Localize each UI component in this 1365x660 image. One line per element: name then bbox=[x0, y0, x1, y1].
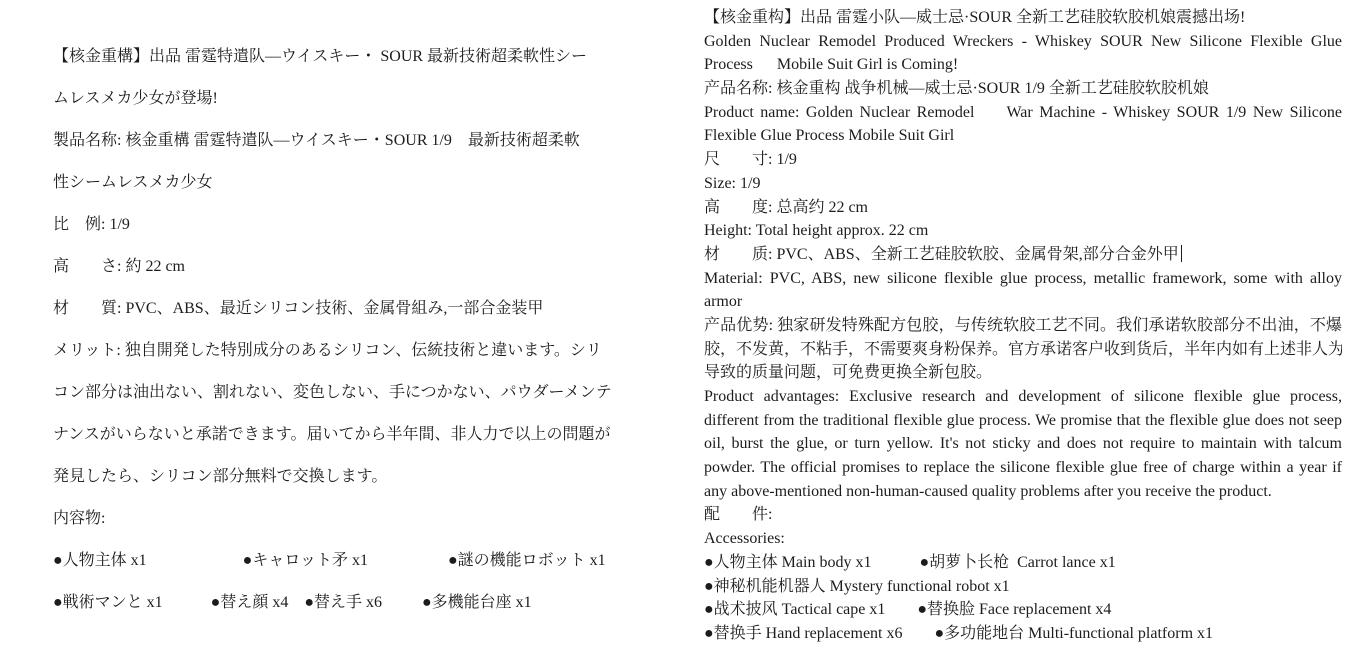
text-line-with-cursor[interactable]: 材 质: PVC、ABS、全新工艺硅胶软胶、金属骨架,部分合金外甲 bbox=[704, 243, 1342, 267]
text-line[interactable]: different from the traditional flexible … bbox=[704, 409, 1342, 433]
document-page-left: 【核金重構】出品 雷霆特遣队—ウイスキー・ SOUR 最新技術超柔軟性シー ムレ… bbox=[0, 0, 683, 660]
text-line[interactable]: 【核金重构】出品 雷霆小队—威士忌·SOUR 全新工艺硅胶软胶机娘震撼出场! bbox=[704, 6, 1342, 30]
text-line[interactable]: 产品优势: 独家研发特殊配方包胶，与传统软胶工艺不同。我们承诺软胶部分不出油，不… bbox=[704, 314, 1342, 338]
text-line[interactable]: 尺 寸: 1/9 bbox=[704, 148, 1342, 172]
bullet-list-line[interactable]: ●人物主体 x1 ●キャロット矛 x1 ●謎の機能ロボット x1 bbox=[53, 540, 629, 582]
bullet-list-line[interactable]: ●替换手 Hand replacement x6 ●多功能地台 Multi-fu… bbox=[704, 622, 1342, 646]
bullet-list-line[interactable]: ●战术披风 Tactical cape x1 ●替换脸 Face replace… bbox=[704, 598, 1342, 622]
chinese-english-text-column: 【核金重构】出品 雷霆小队—威士忌·SOUR 全新工艺硅胶软胶机娘震撼出场! G… bbox=[704, 6, 1342, 646]
text-line[interactable]: 材 質: PVC、ABS、最近シリコン技術、金属骨組み,一部合金装甲 bbox=[53, 288, 629, 330]
bullet-list-line[interactable]: ●人物主体 Main body x1 ●胡萝卜长枪 Carrot lance x… bbox=[704, 551, 1342, 575]
text-line[interactable]: 内容物: bbox=[53, 498, 629, 540]
text-line[interactable]: 製品名称: 核金重構 雷霆特遣队—ウイスキー・SOUR 1/9 最新技術超柔軟 bbox=[53, 120, 629, 162]
text-line[interactable]: Product name: Golden Nuclear Remodel War… bbox=[704, 101, 1342, 125]
text-line[interactable]: 导致的质量问题，可免费更换全新包胶。 bbox=[704, 361, 1342, 385]
text-line[interactable]: Golden Nuclear Remodel Produced Wreckers… bbox=[704, 30, 1342, 54]
text-line[interactable]: 発見したら、シリコン部分無料で交換します。 bbox=[53, 456, 629, 498]
text-line[interactable]: コン部分は油出ない、割れない、変色しない、手につかない、パウダーメンテ bbox=[53, 372, 629, 414]
text-cursor bbox=[1181, 245, 1183, 262]
text-line[interactable]: ナンスがいらないと承諾できます。届いてから半年間、非人力で以上の問題が bbox=[53, 414, 629, 456]
word-document-canvas: { "colors": { "text": "#1c1c1c", "mark":… bbox=[0, 0, 1365, 660]
bullet-list-line[interactable]: ●戦術マンと x1 ●替え顔 x4 ●替え手 x6 ●多機能台座 x1 bbox=[53, 582, 629, 624]
text-line[interactable]: oil, burst the glue, or turn yellow. It'… bbox=[704, 432, 1342, 456]
text-line[interactable]: 【核金重構】出品 雷霆特遣队—ウイスキー・ SOUR 最新技術超柔軟性シー bbox=[53, 36, 629, 78]
text-line[interactable]: 产品名称: 核金重构 战争机械—威士忌·SOUR 1/9 全新工艺硅胶软胶机娘 bbox=[704, 77, 1342, 101]
text-line: 材 质: PVC、ABS、全新工艺硅胶软胶、金属骨架,部分合金外甲 bbox=[704, 246, 1179, 263]
text-line[interactable]: Height: Total height approx. 22 cm bbox=[704, 219, 1342, 243]
text-line[interactable]: powder. The official promises to replace… bbox=[704, 456, 1342, 480]
text-line[interactable]: ムレスメカ少女が登場! bbox=[53, 78, 629, 120]
text-line[interactable]: Material: PVC, ABS, new silicone flexibl… bbox=[704, 267, 1342, 291]
text-line[interactable]: Accessories: bbox=[704, 527, 1342, 551]
text-line[interactable]: Flexible Glue Process Mobile Suit Girl bbox=[704, 124, 1342, 148]
text-line[interactable]: 比 例: 1/9 bbox=[53, 204, 629, 246]
text-line[interactable]: Product advantages: Exclusive research a… bbox=[704, 385, 1342, 409]
document-page-right: 【核金重构】出品 雷霆小队—威士忌·SOUR 全新工艺硅胶软胶机娘震撼出场! G… bbox=[683, 0, 1365, 660]
text-line[interactable]: any above-mentioned non-human-caused qua… bbox=[704, 480, 1342, 504]
text-line[interactable]: 配 件: bbox=[704, 503, 1342, 527]
text-line[interactable]: 高 度: 总高约 22 cm bbox=[704, 196, 1342, 220]
japanese-text-column: 【核金重構】出品 雷霆特遣队—ウイスキー・ SOUR 最新技術超柔軟性シー ムレ… bbox=[53, 36, 629, 624]
text-line[interactable]: armor bbox=[704, 290, 1342, 314]
text-line[interactable]: 性シームレスメカ少女 bbox=[53, 162, 629, 204]
text-line[interactable]: メリット: 独自開発した特別成分のあるシリコン、伝統技術と違います。シリ bbox=[53, 330, 629, 372]
bullet-list-line[interactable]: ●神秘机能机器人 Mystery functional robot x1 bbox=[704, 575, 1342, 599]
text-line[interactable]: 高 さ: 約 22 cm bbox=[53, 246, 629, 288]
text-line[interactable]: Process Mobile Suit Girl is Coming! bbox=[704, 53, 1342, 77]
text-line[interactable]: 胶，不发黄，不粘手，不需要爽身粉保养。官方承诺客户收到货后，半年内如有上述非人为 bbox=[704, 338, 1342, 362]
text-line[interactable]: Size: 1/9 bbox=[704, 172, 1342, 196]
